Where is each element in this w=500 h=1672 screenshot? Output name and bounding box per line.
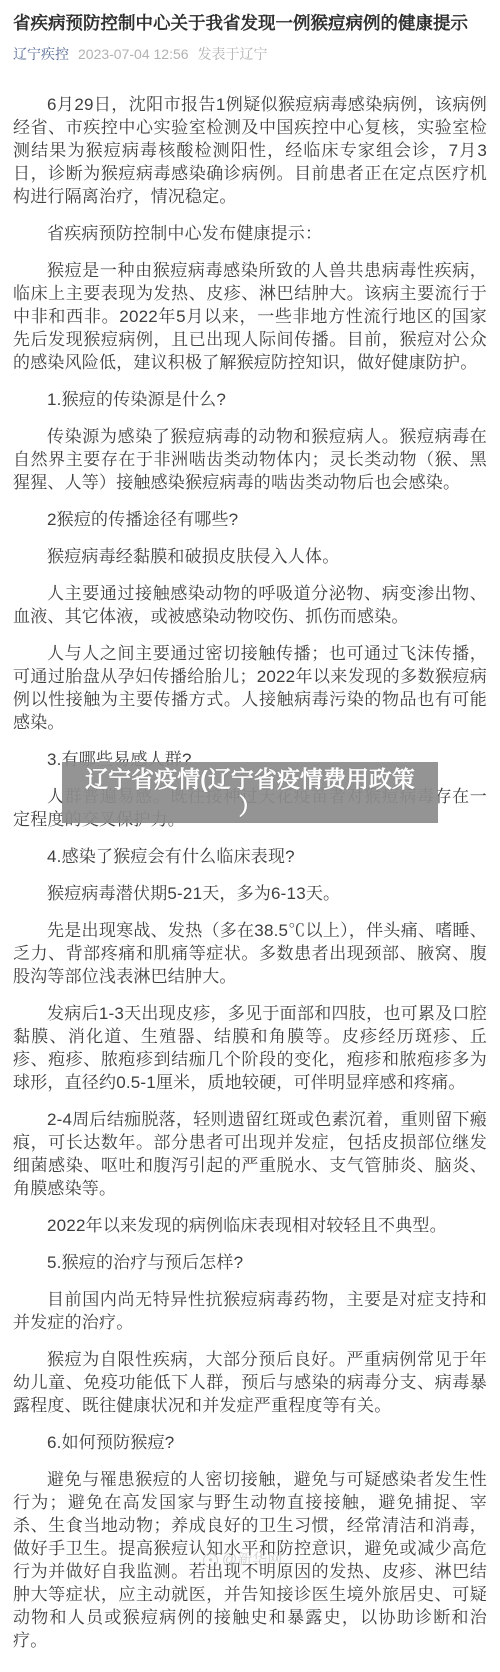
article-paragraph: 5.猴痘的治疗与预后怎样? xyxy=(13,1251,487,1274)
article-paragraph: 发病后1-3天出现皮疹，多见于面部和四肢，也可累及口腔黏膜、消化道、生殖器、结膜… xyxy=(13,1002,487,1094)
page-title: 省疾病预防控制中心关于我省发现一例猴痘病例的健康提示 xyxy=(13,10,487,36)
article-paragraph: 2猴痘的传播途径有哪些? xyxy=(13,508,487,531)
publish-timestamp: 2023-07-04 12:56 xyxy=(78,45,189,63)
article-paragraph: 猴痘是一种由猴痘病毒感染所致的人兽共患病毒性疾病，临床上主要表现为发热、皮疹、淋… xyxy=(13,259,487,374)
article-paragraph: 猴痘病毒潜伏期5-21天，多为6-13天。 xyxy=(13,882,487,905)
article-paragraph: 1.猴痘的传染源是什么? xyxy=(13,388,487,411)
watermark-text: @新华网 xyxy=(222,1551,282,1569)
byline: 辽宁疾控 2023-07-04 12:56 发表于辽宁 xyxy=(13,45,487,63)
article-paragraph: 4.感染了猴痘会有什么临床表现? xyxy=(13,845,487,868)
article-paragraph: 6月29日，沈阳市报告1例疑似猴痘病毒感染病例，该病例经省、市疾控中心实验室检测… xyxy=(13,93,487,208)
article-paragraph: 2-4周后结痂脱落，轻则遗留红斑或色素沉着，重则留下瘢痕，可长达数年。部分患者可… xyxy=(13,1108,487,1200)
article-paragraph: 猴痘病毒经黏膜和破损皮肤侵入人体。 xyxy=(13,545,487,568)
article-paragraph: 省疾病预防控制中心发布健康提示： xyxy=(13,222,487,245)
article-paragraph: 先是出现寒战、发热（多在38.5℃以上），伴头痛、嗜睡、乏力、背部疼痛和肌痛等症… xyxy=(13,919,487,988)
bottom-watermark: ● @新华网 xyxy=(203,1551,282,1569)
overlay-text-line2: ） xyxy=(239,793,262,820)
article-paragraph: 目前国内尚无特异性抗猴痘病毒药物，主要是对症支持和并发症的治疗。 xyxy=(13,1288,487,1334)
xinhuanet-logo-icon: ● xyxy=(203,1553,218,1568)
article-body: 6月29日，沈阳市报告1例疑似猴痘病毒感染病例，该病例经省、市疾控中心实验室检测… xyxy=(13,93,487,1652)
overlay-text-line1: 辽宁省疫情(辽宁省疫情费用政策 xyxy=(85,766,415,793)
article-paragraph: 6.如何预防猴痘? xyxy=(13,1431,487,1454)
watermark-overlay-box: 辽宁省疫情(辽宁省疫情费用政策 ） xyxy=(62,762,438,823)
article-paragraph: 传染源为感染了猴痘病毒的动物和猴痘病人。猴痘病毒在自然界主要存在于非洲啮齿类动物… xyxy=(13,425,487,494)
article-paragraph: 人主要通过接触感染动物的呼吸道分泌物、病变渗出物、血液、其它体液，或被感染动物咬… xyxy=(13,582,487,628)
publish-location: 发表于辽宁 xyxy=(198,45,268,63)
source-account-link[interactable]: 辽宁疾控 xyxy=(13,45,69,63)
article-paragraph: 2022年以来发现的病例临床表现相对较轻且不典型。 xyxy=(13,1214,487,1237)
article-paragraph: 猴痘为自限性疾病，大部分预后良好。严重病例常见于年幼儿童、免疫功能低下人群，预后… xyxy=(13,1348,487,1417)
article-paragraph: 人与人之间主要通过密切接触传播；也可通过飞沫传播，可通过胎盘从孕妇传播给胎儿；2… xyxy=(13,642,487,734)
article-page: 省疾病预防控制中心关于我省发现一例猴痘病例的健康提示 辽宁疾控 2023-07-… xyxy=(0,0,500,1672)
